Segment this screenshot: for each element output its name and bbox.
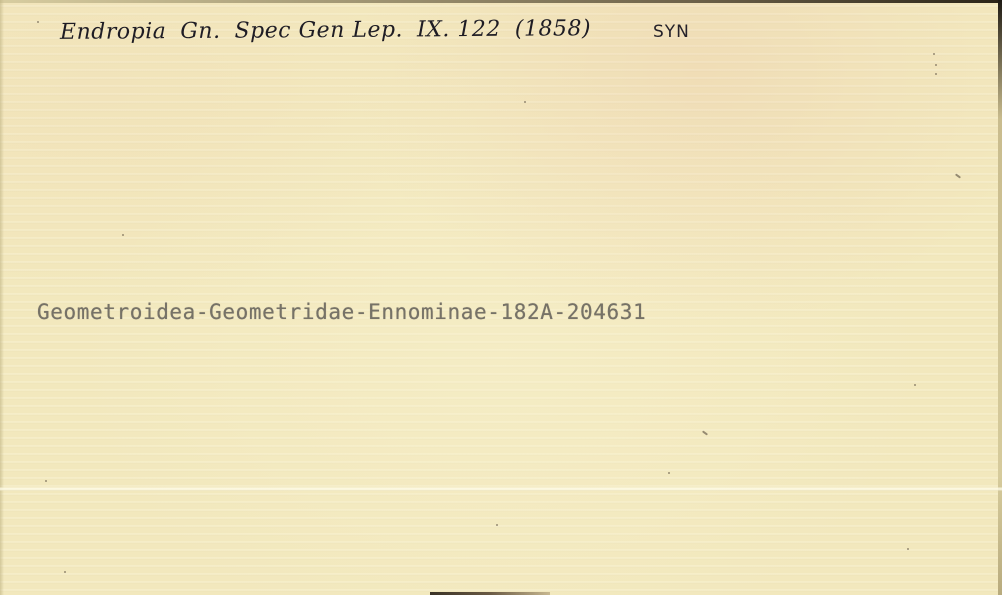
card-top-edge [0, 0, 1002, 3]
paper-speck [496, 524, 498, 526]
paper-speck [933, 53, 935, 55]
paper-speck [935, 64, 937, 66]
card-right-edge [998, 0, 1002, 595]
genus-name: Endropia [60, 19, 166, 45]
handwritten-citation: EndropiaGn.Spec Gen Lep.IX. 122(1858) [60, 16, 605, 45]
synonym-status: SYN [653, 22, 690, 42]
publication-year: (1858) [515, 16, 591, 42]
volume-page: IX. 122 [417, 17, 501, 43]
paper-speck [914, 384, 916, 386]
taxonomy-classification: Geometroidea-Geometridae-Ennominae-182A-… [37, 300, 646, 324]
index-card: EndropiaGn.Spec Gen Lep.IX. 122(1858) SY… [0, 0, 1002, 595]
paper-speck [955, 173, 961, 178]
paper-speck [702, 430, 708, 435]
author-abbrev: Gn. [180, 19, 220, 44]
card-left-edge [0, 0, 4, 595]
paper-speck [668, 472, 670, 474]
publication-reference: Spec Gen Lep. [234, 18, 403, 44]
paper-speck [64, 571, 66, 573]
paper-speck [45, 480, 47, 482]
card-fold-line [0, 487, 1002, 491]
paper-speck [907, 548, 909, 550]
paper-speck [935, 73, 937, 75]
paper-speck [524, 101, 526, 103]
paper-speck [122, 234, 124, 236]
paper-speck [37, 21, 39, 23]
